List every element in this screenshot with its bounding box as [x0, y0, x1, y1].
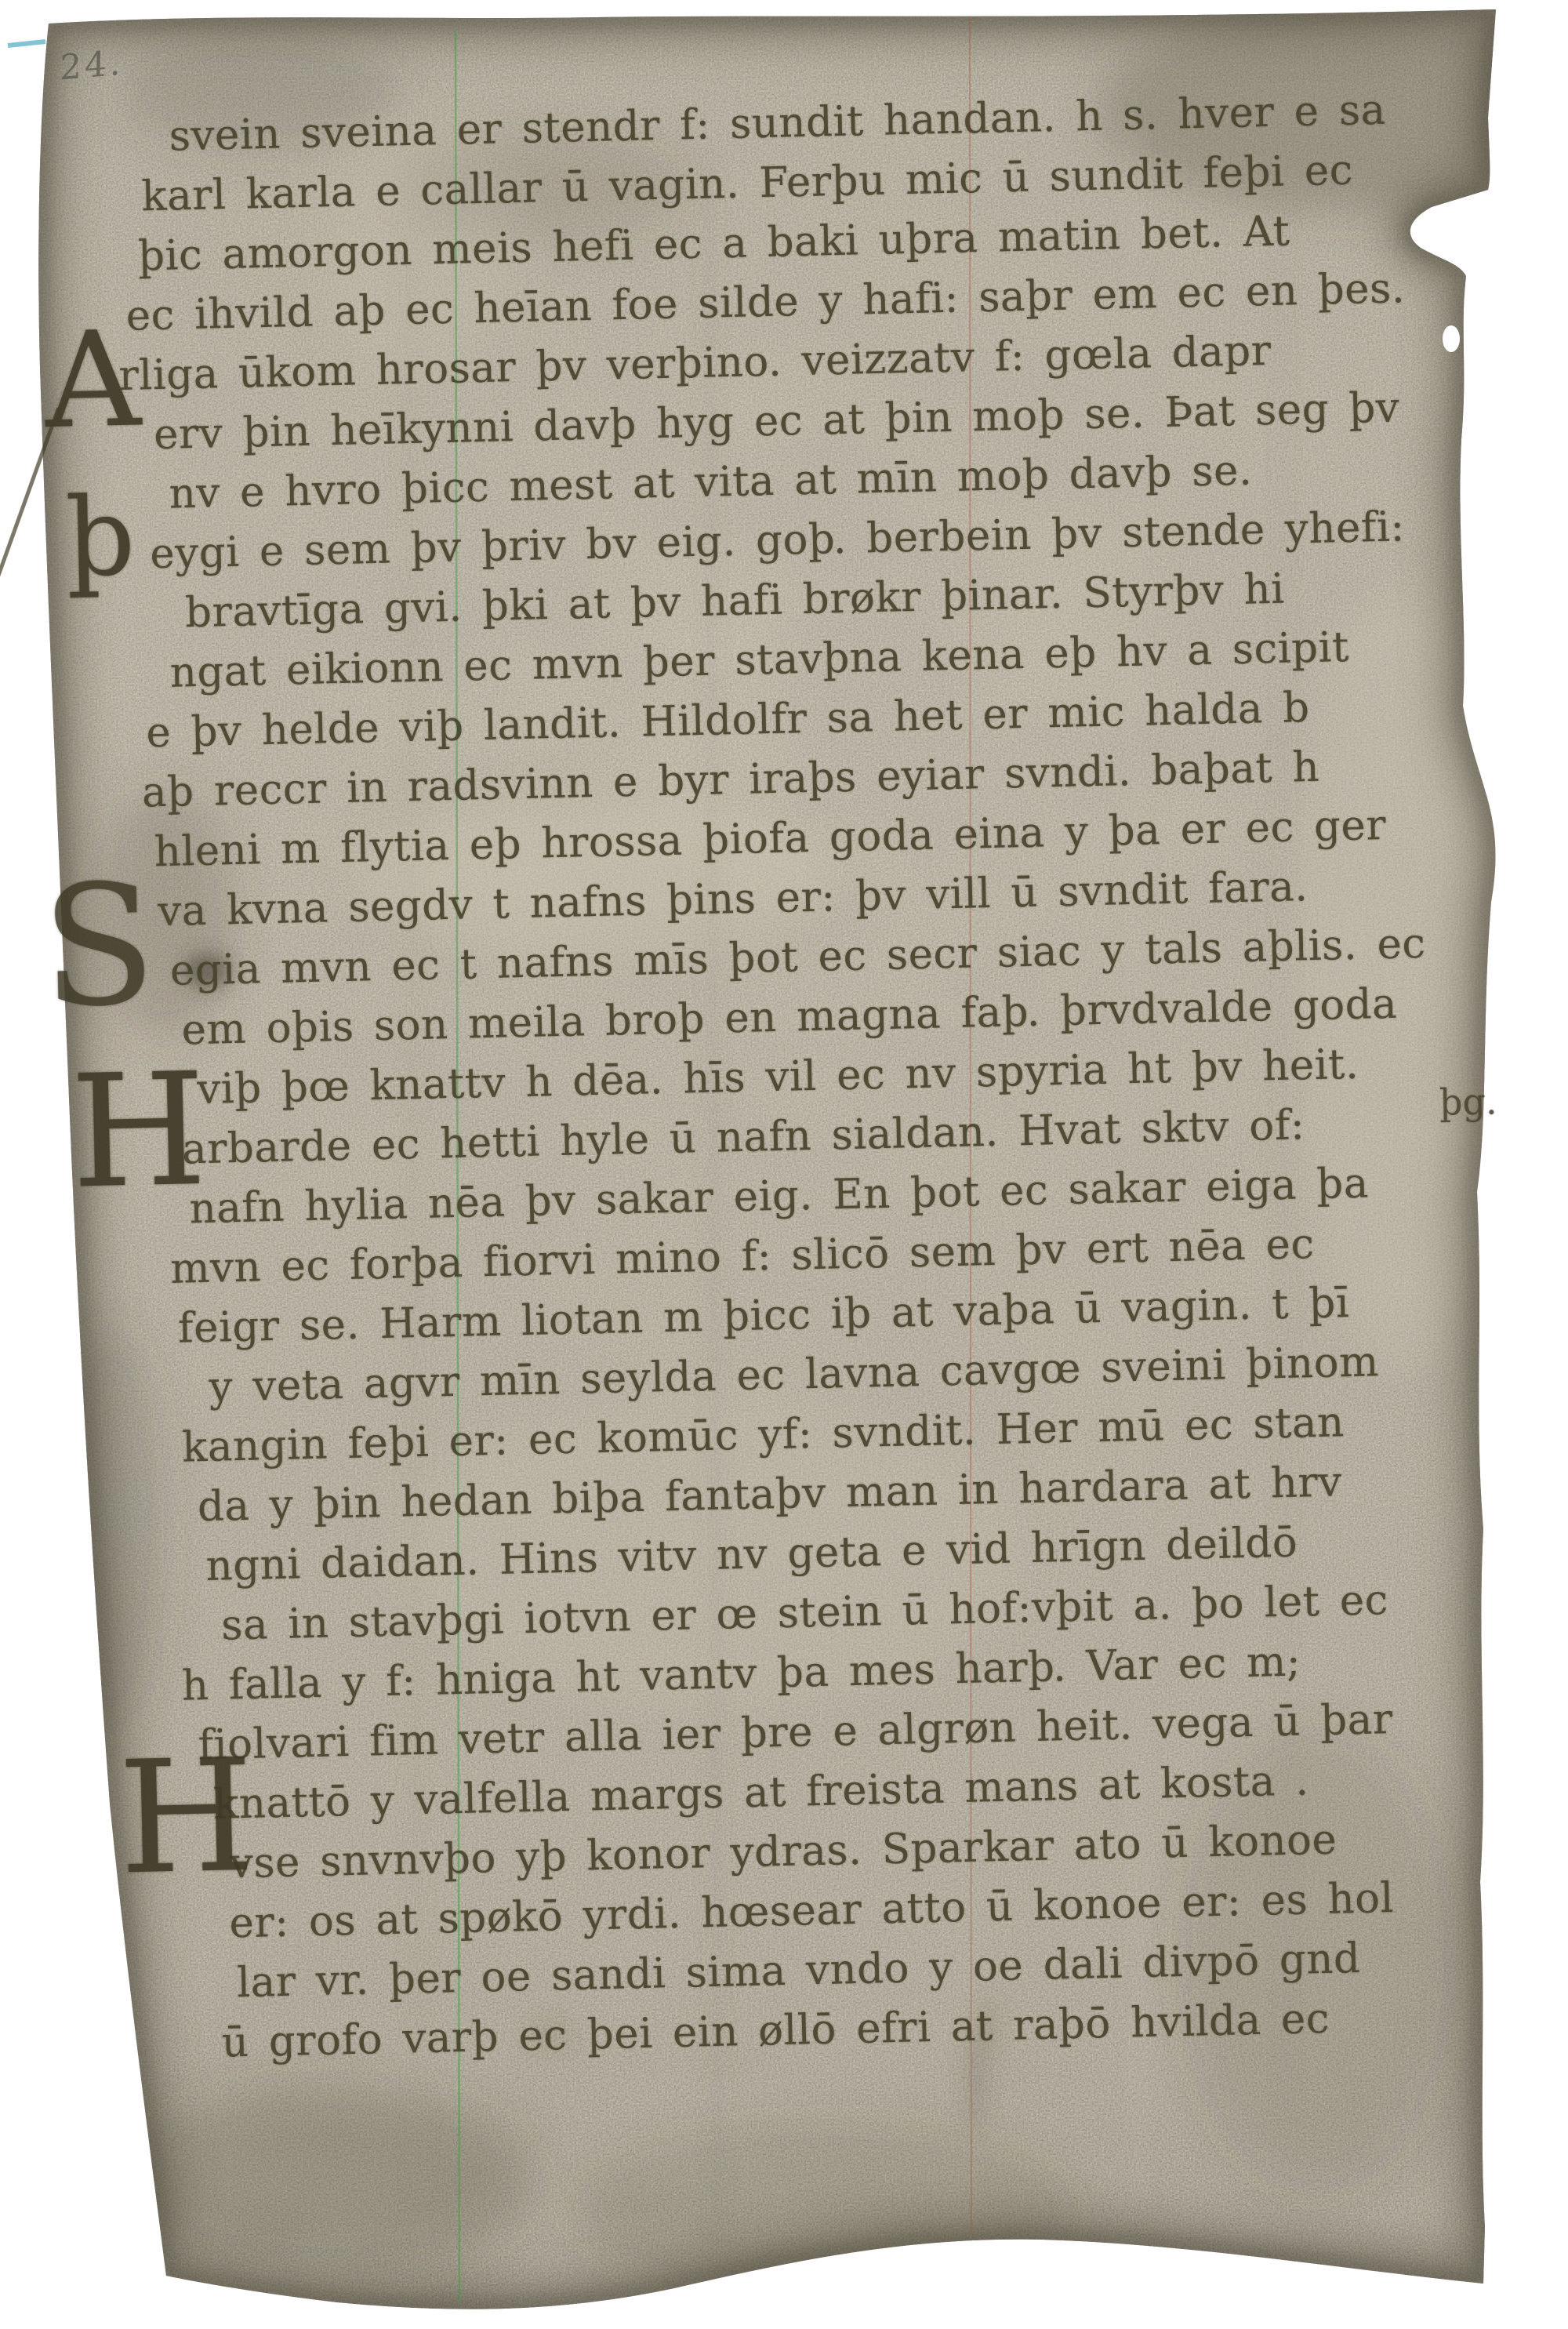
- stanza-initial-H: H: [69, 1052, 208, 1211]
- margin-note: þg.: [1439, 1080, 1497, 1123]
- stanza-initial-H: H: [117, 1739, 256, 1897]
- stanza-initial-S: S: [40, 862, 158, 1030]
- folio-number: 24.: [60, 42, 125, 88]
- text-block: svein sveina er stendr f: sundit handan.…: [118, 78, 1508, 2074]
- blue-mark: [8, 42, 45, 45]
- stanza-initial-þ: þ: [64, 483, 136, 593]
- manuscript-photo: 24. svein sveina er stendr f: sundit han…: [0, 0, 1568, 2329]
- stanza-initial-A: A: [44, 313, 142, 447]
